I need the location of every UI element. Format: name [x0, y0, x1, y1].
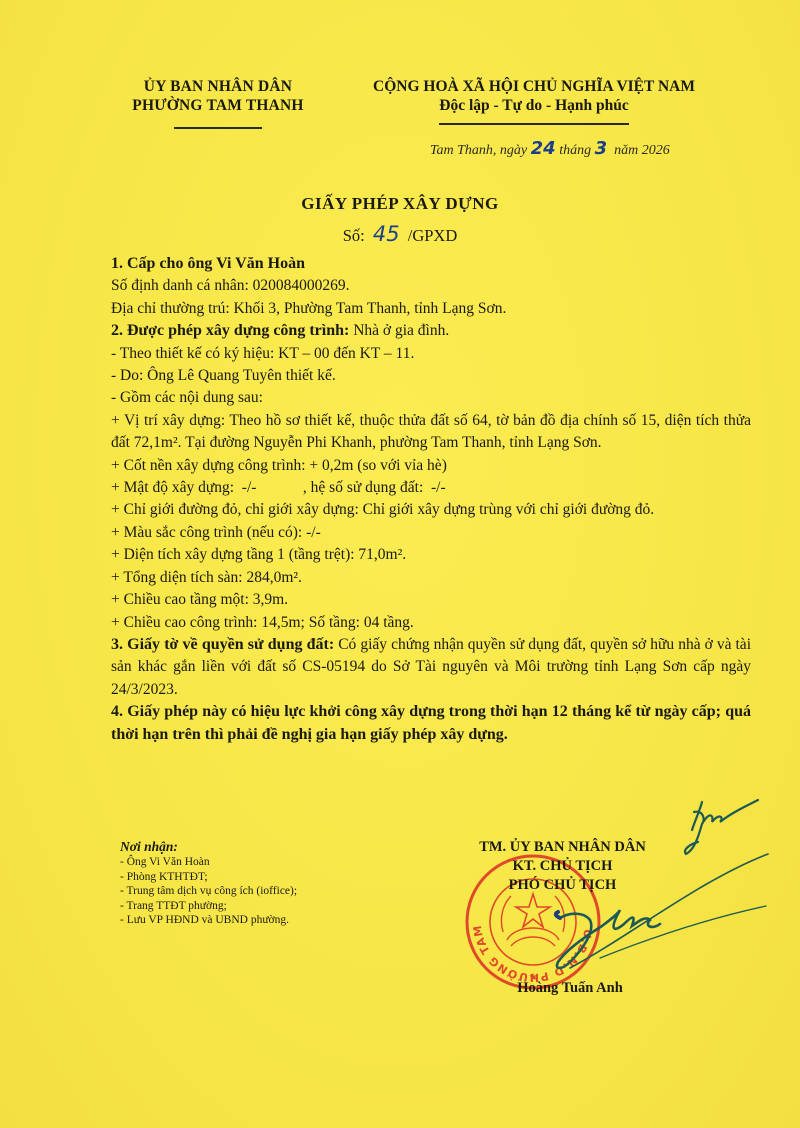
section-3-heading: 3. Giấy tờ về quyền sử dụng đất:	[111, 636, 334, 653]
section-2-item: + Tổng diện tích sàn: 284,0m².	[111, 567, 751, 589]
authority-line-2: PHƯỜNG TAM THANH	[108, 96, 328, 115]
section-2-item: + Chiều cao công trình: 14,5m; Số tầng: …	[111, 612, 751, 634]
recipient-item: - Trung tâm dịch vụ công ích (ioffice);	[120, 884, 297, 899]
country-name: CỘNG HOÀ XÃ HỘI CHỦ NGHĨA VIỆT NAM	[348, 77, 720, 96]
national-motto: Độc lập - Tự do - Hạnh phúc	[348, 96, 720, 115]
document-title: GIẤY PHÉP XÂY DỰNG	[0, 194, 800, 214]
section-2-item: + Chỉ giới đường đỏ, chỉ giới xây dựng: …	[111, 499, 751, 521]
divider	[174, 127, 262, 129]
date-year: năm 2026	[614, 143, 670, 158]
national-header: CỘNG HOÀ XÃ HỘI CHỦ NGHĨA VIỆT NAM Độc l…	[348, 77, 720, 125]
number-value: 45	[373, 222, 400, 246]
section-2-item: + Diện tích xây dựng tầng 1 (tầng trệt):…	[111, 544, 751, 566]
signer-name: Hoàng Tuấn Anh	[470, 980, 670, 997]
section-3: 3. Giấy tờ về quyền sử dụng đất: Có giấy…	[111, 634, 751, 701]
section-2-heading: 2. Được phép xây dựng công trình: Nhà ở …	[111, 320, 751, 342]
section-2-value: Nhà ở gia đình.	[349, 322, 449, 339]
issue-date: Tam Thanh, ngày 24 tháng 3 năm 2026	[430, 138, 670, 159]
signature-line-2: KT. CHỦ TỊCH	[455, 857, 670, 876]
section-2-item: - Gồm các nội dung sau:	[111, 387, 751, 409]
section-2-item: + Cốt nền xây dựng công trình: + 0,2m (s…	[111, 455, 751, 477]
section-2-item: + Màu sắc công trình (nếu có): -/-	[111, 522, 751, 544]
permanent-address: Địa chỉ thường trú: Khối 3, Phường Tam T…	[111, 298, 751, 320]
date-prefix: Tam Thanh, ngày	[430, 143, 527, 158]
recipient-item: - Phòng KTHTĐT;	[120, 870, 297, 885]
date-day: 24	[531, 138, 556, 159]
signature-block: TM. ỦY BAN NHÂN DÂN KT. CHỦ TỊCH PHÓ CHỦ…	[455, 838, 670, 895]
issuing-authority: ỦY BAN NHÂN DÂN PHƯỜNG TAM THANH	[108, 77, 328, 129]
document-body: 1. Cấp cho ông Vi Văn Hoàn Số định danh …	[111, 253, 751, 746]
initial-mark-icon	[680, 788, 760, 858]
section-4: 4. Giấy phép này có hiệu lực khởi công x…	[111, 701, 751, 746]
section-2-label: 2. Được phép xây dựng công trình:	[111, 322, 349, 339]
recipient-item: - Ông Vi Văn Hoàn	[120, 855, 297, 870]
divider	[439, 123, 629, 125]
section-2-item: + Chiều cao tầng một: 3,9m.	[111, 589, 751, 611]
signature-line-1: TM. ỦY BAN NHÂN DÂN	[455, 838, 670, 857]
signature-line-3: PHÓ CHỦ TỊCH	[455, 876, 670, 895]
date-month-label: tháng	[559, 143, 591, 158]
document-page: ỦY BAN NHÂN DÂN PHƯỜNG TAM THANH CỘNG HO…	[0, 0, 800, 1128]
section-2-item: + Vị trí xây dựng: Theo hồ sơ thiết kế, …	[111, 410, 751, 455]
section-2-item: + Mật độ xây dựng: -/- , hệ số sử dụng đ…	[111, 477, 751, 499]
recipient-item: - Trang TTĐT phường;	[120, 899, 297, 914]
recipients-label: Nơi nhận:	[120, 838, 297, 855]
number-suffix: /GPXD	[408, 226, 458, 245]
section-1-heading: 1. Cấp cho ông Vi Văn Hoàn	[111, 253, 751, 275]
date-month: 3	[595, 138, 608, 159]
recipient-item: - Lưu VP HĐND và UBND phường.	[120, 913, 297, 928]
section-2-item: - Theo thiết kế có ký hiệu: KT – 00 đến …	[111, 343, 751, 365]
number-label: Số:	[343, 226, 365, 245]
section-2-item: - Do: Ông Lê Quang Tuyên thiết kế.	[111, 365, 751, 387]
recipients-block: Nơi nhận: - Ông Vi Văn Hoàn - Phòng KTHT…	[120, 838, 297, 928]
document-number: Số: 45 /GPXD	[0, 222, 800, 246]
personal-id: Số định danh cá nhân: 020084000269.	[111, 275, 751, 297]
authority-line-1: ỦY BAN NHÂN DÂN	[108, 77, 328, 96]
